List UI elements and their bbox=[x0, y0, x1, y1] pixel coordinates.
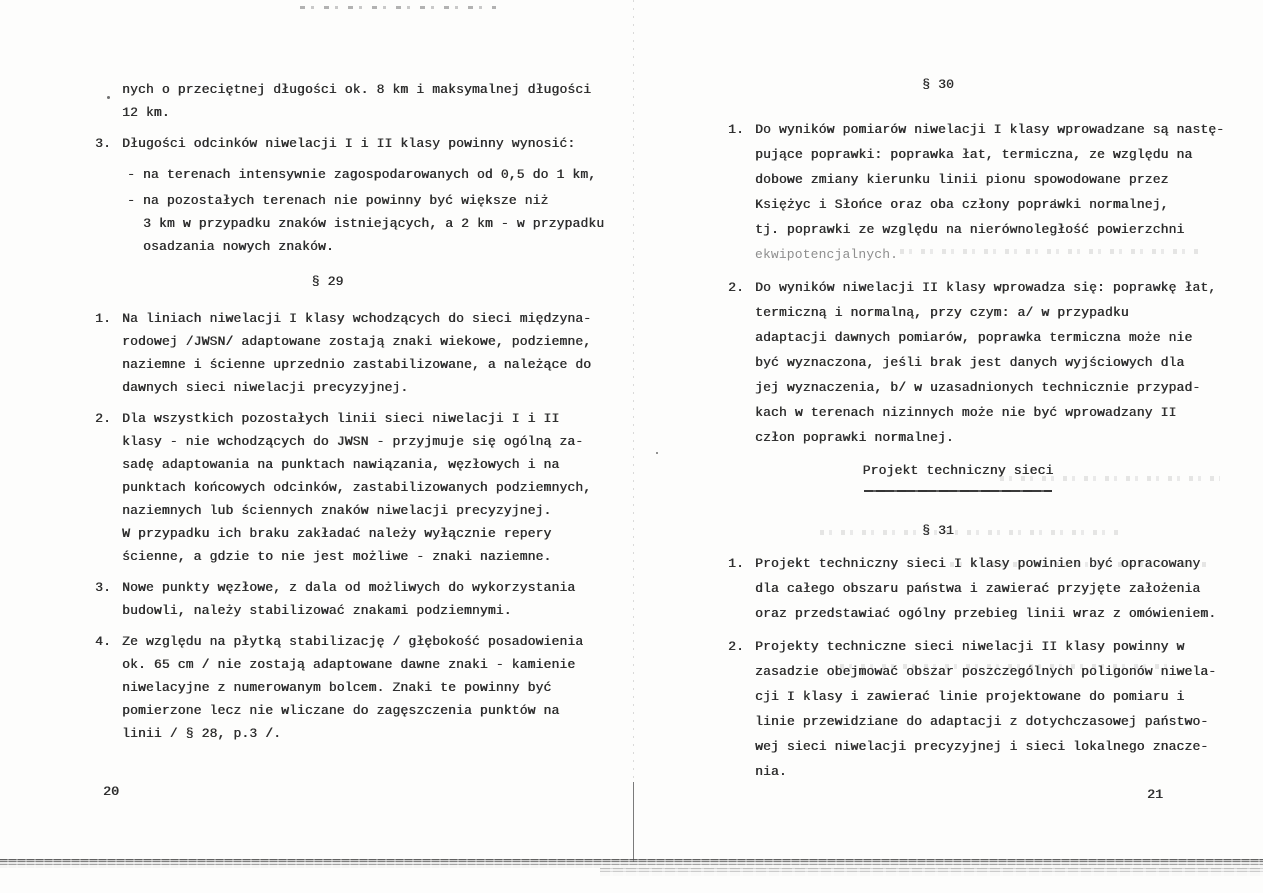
bullet-item: - na pozostałych terenach nie powinny by… bbox=[127, 189, 605, 258]
list-item-faded-line: ekwipotencjalnych. bbox=[728, 242, 1233, 267]
list-item-text: Dla wszystkich pozostałych linii sieci n… bbox=[95, 407, 605, 568]
list-item: 2. Dla wszystkich pozostałych linii siec… bbox=[95, 407, 605, 568]
bullet-list: - na terenach intensywnie zagospodarowan… bbox=[95, 163, 605, 258]
list-item-number: 1. bbox=[728, 551, 744, 576]
left-page-text-column: nych o przeciętnej długości ok. 8 km i m… bbox=[95, 78, 605, 753]
scan-noise bbox=[820, 530, 1120, 535]
list-item: 3. Nowe punkty węzłowe, z dala od możliw… bbox=[95, 576, 605, 622]
bottom-scan-edge bbox=[0, 859, 1263, 868]
bottom-scan-edge-secondary bbox=[600, 868, 1263, 876]
list-item-text: Nowe punkty węzłowe, z dala od możliwych… bbox=[95, 576, 605, 622]
list-item-number: 2. bbox=[728, 634, 744, 659]
scan-speck bbox=[1054, 199, 1056, 201]
list-item-number: 2. bbox=[728, 275, 744, 300]
page-fold-line-bottom bbox=[633, 782, 634, 862]
list-item-text: Do wyników niwelacji II klasy wprowadza … bbox=[728, 275, 1233, 450]
list-item: 2. Do wyników niwelacji II klasy wprowad… bbox=[728, 275, 1233, 450]
list-item: 3. Długości odcinków niwelacji I i II kl… bbox=[95, 132, 605, 155]
list-item-text: Do wyników pomiarów niwelacji I klasy wp… bbox=[728, 117, 1233, 242]
list-item: 2. Projekty techniczne sieci niwelacji I… bbox=[728, 634, 1233, 784]
page-number-right: 21 bbox=[1147, 787, 1163, 802]
section-heading-29: § 29 bbox=[95, 270, 560, 293]
right-page: § 30 1. Do wyników pomiarów niwelacji I … bbox=[634, 0, 1263, 893]
scan-noise bbox=[950, 562, 1210, 567]
list-item: 4. Ze względu na płytką stabilizację / g… bbox=[95, 630, 605, 745]
list-item-number: 1. bbox=[728, 117, 744, 142]
page-number-left: 20 bbox=[103, 784, 119, 799]
scan-noise bbox=[900, 249, 1200, 254]
list-item-number: 2. bbox=[95, 407, 111, 430]
section-title-underline bbox=[864, 490, 1052, 492]
section-title-block: Projekt techniczny sieci bbox=[728, 458, 1188, 492]
list-item-text: Projekty techniczne sieci niwelacji II k… bbox=[728, 634, 1233, 784]
list-item: 1. Na liniach niwelacji I klasy wchodząc… bbox=[95, 307, 605, 399]
scan-speck bbox=[656, 452, 658, 454]
page-fold-line bbox=[633, 0, 634, 782]
bullet-item: - na terenach intensywnie zagospodarowan… bbox=[127, 163, 605, 186]
list-item-number: 4. bbox=[95, 630, 111, 653]
right-page-text-column: § 30 1. Do wyników pomiarów niwelacji I … bbox=[728, 72, 1233, 792]
list-item-number: 3. bbox=[95, 132, 111, 155]
scan-noise bbox=[1000, 476, 1220, 481]
scan-speck bbox=[107, 96, 110, 99]
scan-noise bbox=[840, 664, 1170, 669]
paragraph-continuation-text: nych o przeciętnej długości ok. 8 km i m… bbox=[95, 78, 605, 124]
list-item-text: Długości odcinków niwelacji I i II klasy… bbox=[95, 132, 605, 155]
paragraph: nych o przeciętnej długości ok. 8 km i m… bbox=[95, 78, 605, 124]
left-page: nych o przeciętnej długości ok. 8 km i m… bbox=[0, 0, 634, 893]
list-item-number: 1. bbox=[95, 307, 111, 330]
scan-noise-top-dashes bbox=[300, 6, 496, 9]
list-item-text: Na liniach niwelacji I klasy wchodzących… bbox=[95, 307, 605, 399]
list-item: 1. Do wyników pomiarów niwelacji I klasy… bbox=[728, 117, 1233, 267]
list-item-number: 3. bbox=[95, 576, 111, 599]
section-heading-30: § 30 bbox=[728, 72, 1148, 97]
list-item-text: Ze względu na płytką stabilizację / głęb… bbox=[95, 630, 605, 745]
